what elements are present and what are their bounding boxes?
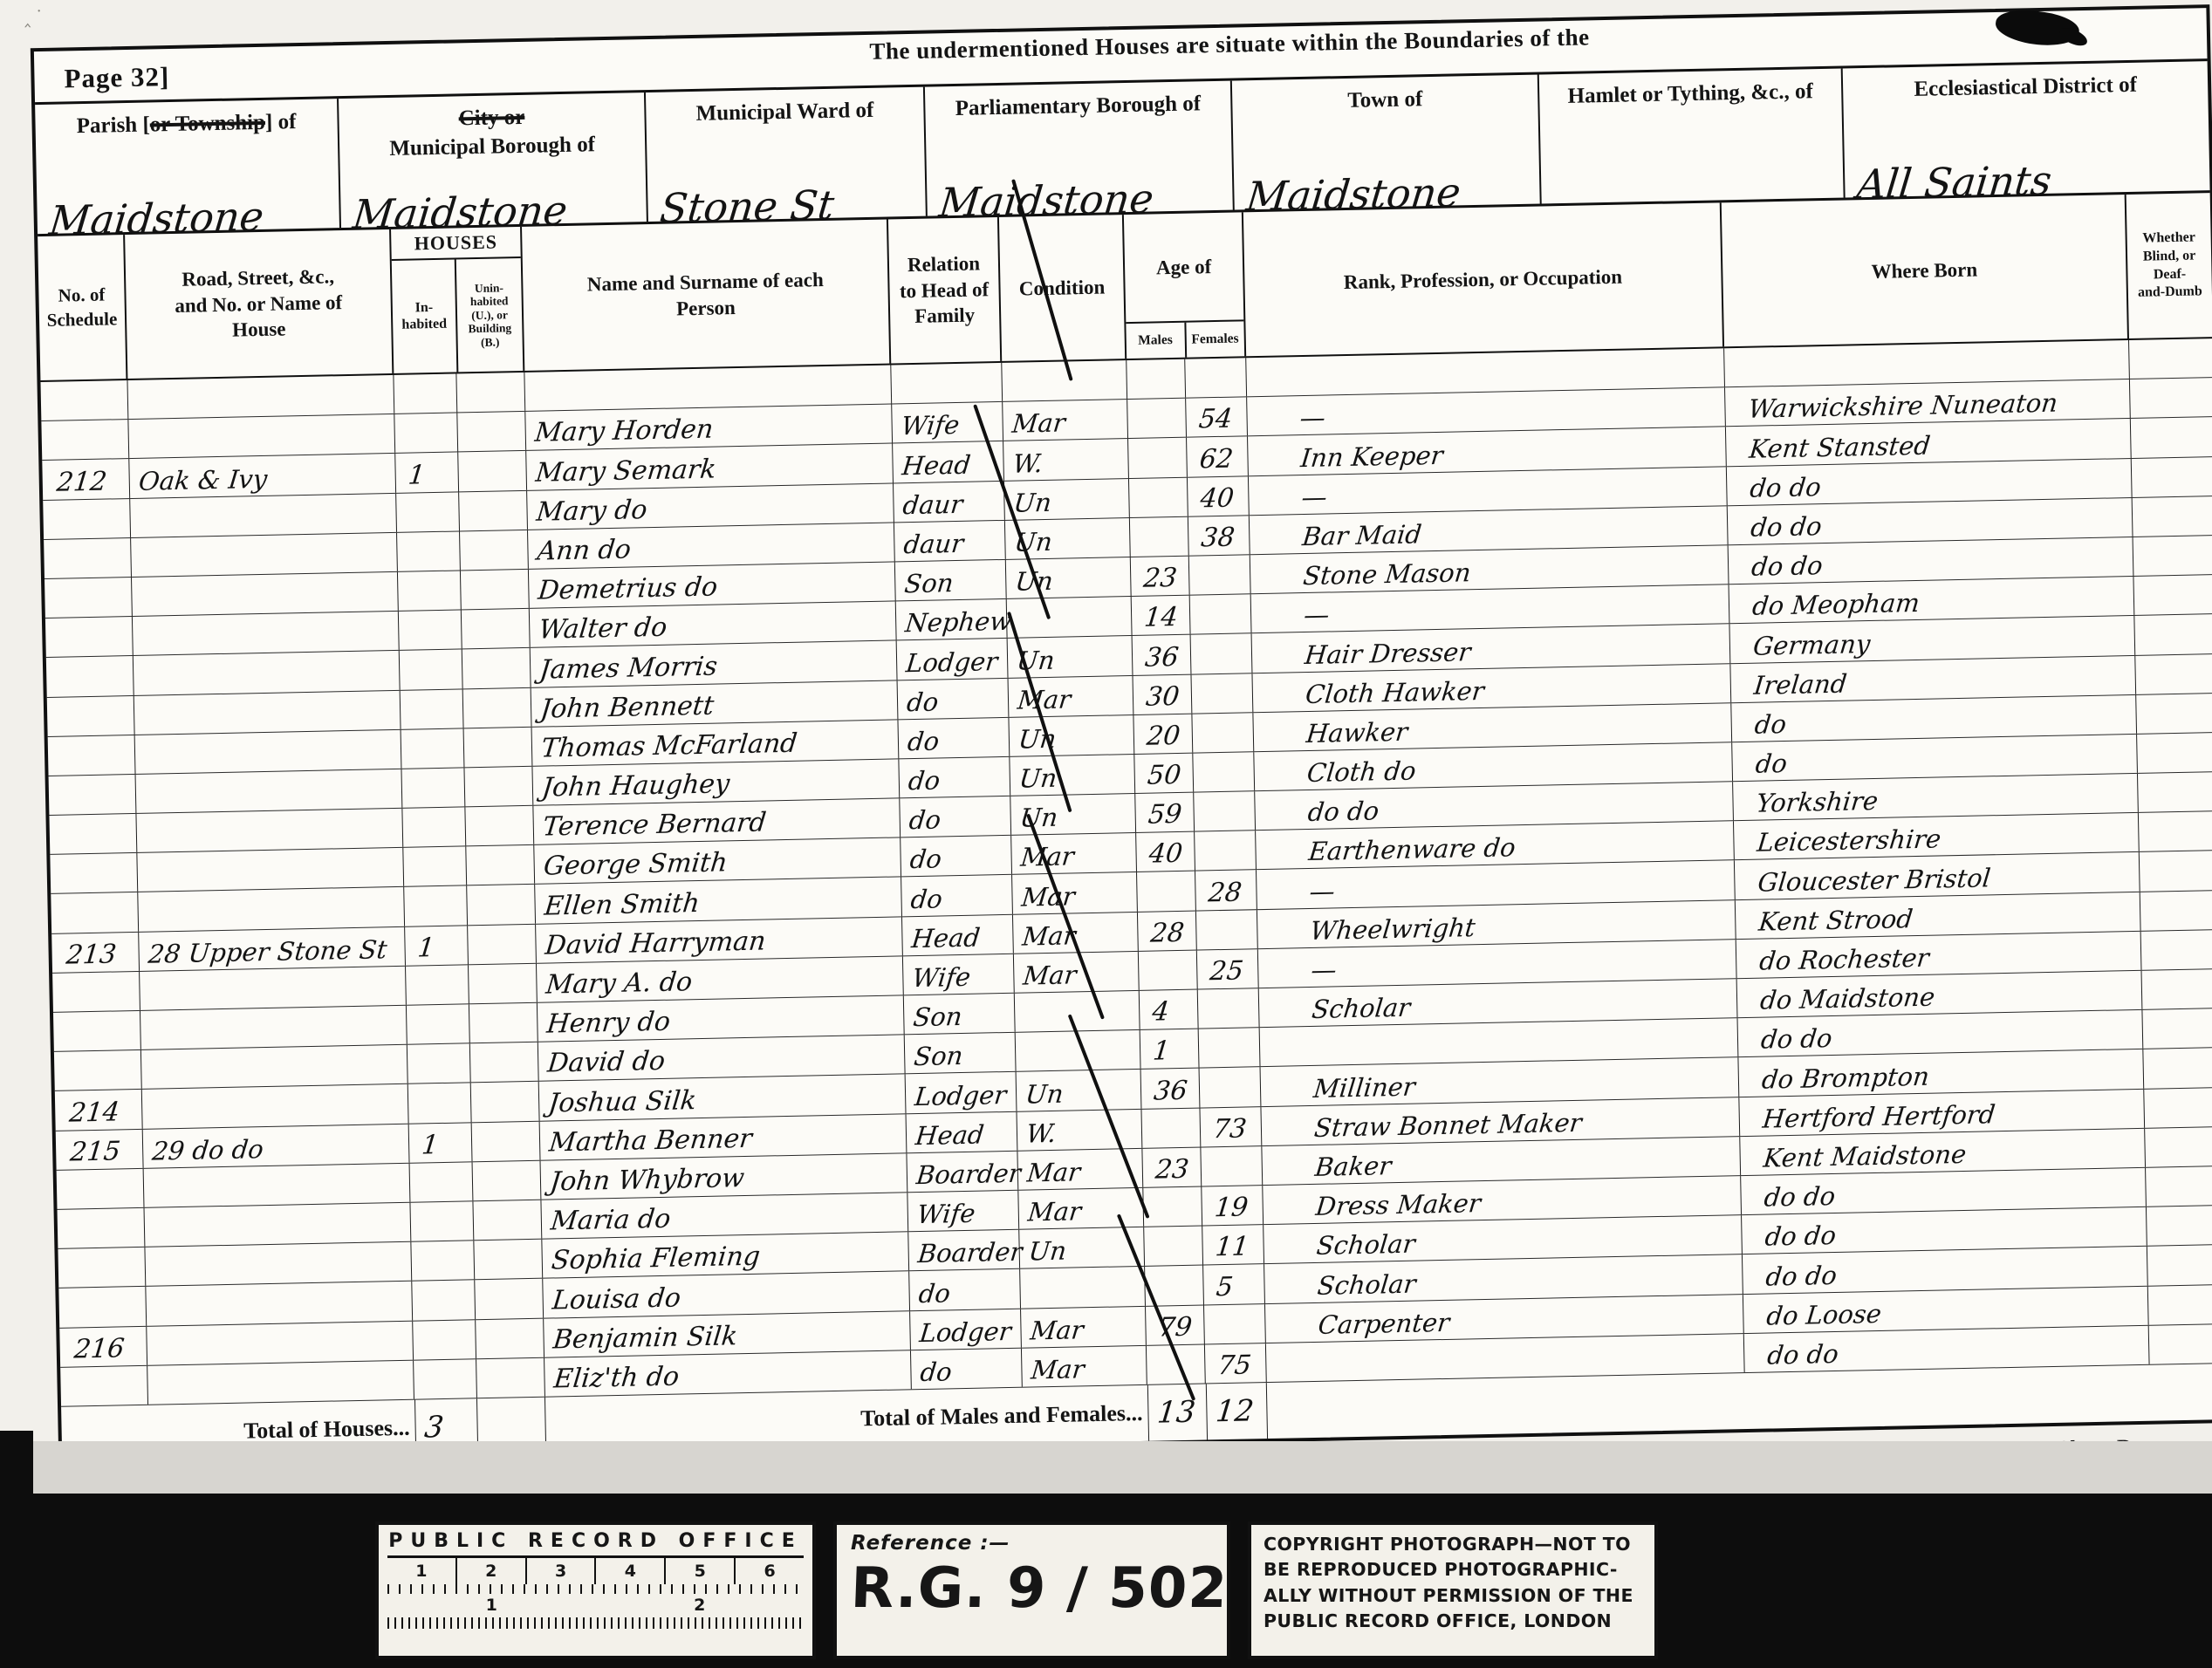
cell-born: Ireland xyxy=(1730,655,2136,701)
cell-blind xyxy=(2130,378,2212,418)
cell-inh xyxy=(408,1084,472,1124)
cell-inh xyxy=(401,768,465,808)
cell-name: Joshua Silk xyxy=(539,1075,907,1121)
cell-relation: do xyxy=(898,678,1010,719)
cell-relation: Lodger xyxy=(897,639,1009,680)
cell-schedule xyxy=(58,1287,147,1327)
cell-born: Kent Maidstone xyxy=(1740,1129,2146,1175)
cell-age_f: 38 xyxy=(1188,516,1250,556)
cell-age_f: 25 xyxy=(1197,949,1259,989)
cell-age_f xyxy=(1191,634,1253,674)
cell-age_m xyxy=(1130,516,1189,557)
cell-schedule xyxy=(54,1050,142,1090)
cell-schedule: 212 xyxy=(42,459,130,499)
cell-road xyxy=(140,967,407,1010)
ruler-ticks-icon xyxy=(387,1584,804,1594)
cell-schedule xyxy=(50,853,138,893)
cell-name: John Whybrow xyxy=(541,1153,908,1200)
col-header-occupation: Rank, Profession, or Occupation xyxy=(1243,202,1724,356)
cell-born: Kent Strood xyxy=(1736,892,2141,938)
col-header-uninhabited: Unin- habited (U.), or Building (B.) xyxy=(456,258,524,372)
cell-uninh xyxy=(459,490,528,530)
cell-schedule xyxy=(44,538,132,578)
cell-uninh xyxy=(462,609,531,649)
cell-condition: Un xyxy=(1010,755,1135,796)
cell-blind xyxy=(2149,1324,2212,1364)
cell-relation: Boarder xyxy=(907,1151,1018,1192)
col-header-inhabited: In- habited xyxy=(392,259,459,373)
ruler-number: 1 xyxy=(387,1596,596,1615)
ruler-ticks-fine-icon xyxy=(387,1617,804,1629)
cell-age_f: 19 xyxy=(1202,1186,1264,1226)
cell-name: Benjamin Silk xyxy=(544,1311,911,1357)
cell-road xyxy=(133,612,400,655)
cell-inh: 1 xyxy=(409,1123,473,1163)
cell-born: do do xyxy=(1728,498,2133,544)
cell-name: James Morris xyxy=(531,641,898,687)
cell-name: Eliz'th do xyxy=(544,1350,912,1397)
cell-age_f xyxy=(1185,358,1247,398)
cell-born: do do xyxy=(1744,1325,2150,1371)
cell-road xyxy=(130,493,397,537)
cell-inh xyxy=(404,886,468,926)
cell-inh xyxy=(400,650,463,690)
cell-born: Hertford Hertford xyxy=(1739,1089,2145,1135)
ruler-lower-numbers: 12 xyxy=(387,1594,804,1617)
cell-age_m: 30 xyxy=(1133,674,1192,714)
geo-label: City orMunicipal Borough of xyxy=(339,92,645,164)
cell-schedule xyxy=(58,1248,146,1288)
cell-born: do do xyxy=(1729,537,2134,584)
pro-copyright-panel: COPYRIGHT PHOTOGRAPH—NOT TOBE REPRODUCED… xyxy=(1248,1521,1658,1659)
cell-relation: do xyxy=(899,757,1010,798)
cell-relation: Son xyxy=(905,1033,1017,1074)
cell-road xyxy=(134,690,401,734)
cell-uninh xyxy=(468,924,537,964)
cell-age_f xyxy=(1189,555,1251,595)
cell-schedule xyxy=(47,695,135,735)
col-header-females: Females xyxy=(1184,321,1244,357)
cell-condition: Mar xyxy=(1009,675,1134,716)
cell-blind xyxy=(2129,338,2212,379)
cell-schedule xyxy=(58,1208,146,1248)
cell-blind xyxy=(2147,1206,2212,1246)
geo-value: Maidstone xyxy=(1244,168,1463,220)
cell-blind xyxy=(2137,733,2212,773)
table-body: Mary HordenWifeMar54—Warwickshire Nuneat… xyxy=(40,338,2212,1407)
cell-name: John Haughey xyxy=(532,759,900,805)
geo-cell: Parish [or Township] ofMaidstone xyxy=(35,99,341,234)
cell-schedule xyxy=(46,656,134,696)
cell-road xyxy=(128,414,395,458)
cell-condition xyxy=(1007,597,1133,638)
cell-relation xyxy=(891,363,1003,404)
cell-name: Sophia Fleming xyxy=(542,1232,909,1278)
cell-inh: 1 xyxy=(405,926,469,966)
col-header-relation: Relation to Head of Family xyxy=(888,217,1002,364)
cell-born: do Rochester xyxy=(1736,932,2142,978)
cell-uninh xyxy=(467,885,536,925)
cell-born: do xyxy=(1731,695,2137,742)
cell-age_f xyxy=(1204,1304,1266,1344)
geo-cell: City orMunicipal Borough ofMaidstone xyxy=(339,92,648,228)
cell-name: Terence Bernard xyxy=(533,798,901,844)
cell-born: do Maidstone xyxy=(1737,971,2143,1017)
geo-value: Maidstone xyxy=(47,193,266,244)
cell-road xyxy=(138,887,405,931)
cell-road xyxy=(141,1045,408,1089)
cell-relation: do xyxy=(909,1269,1021,1310)
cell-relation: daur xyxy=(894,481,1005,522)
cell-age_m: 4 xyxy=(1140,990,1199,1030)
ruler-number: 3 xyxy=(527,1558,597,1584)
cell-blind xyxy=(2147,1245,2212,1285)
cell-relation: do xyxy=(900,796,1011,837)
geo-label: Town of xyxy=(1232,75,1538,119)
houses-subheaders: In- habited Unin- habited (U.), or Build… xyxy=(392,258,524,373)
geo-cell: Ecclesiastical District ofAll Saints xyxy=(1843,61,2210,197)
cell-blind xyxy=(2133,575,2212,615)
cell-born: do do xyxy=(1743,1247,2148,1293)
cell-inh xyxy=(410,1201,474,1241)
cell-uninh xyxy=(462,648,531,688)
cell-relation: do xyxy=(898,718,1010,759)
cell-age_f xyxy=(1196,910,1258,950)
cell-condition: Mar xyxy=(1011,833,1137,874)
cell-uninh xyxy=(464,767,533,807)
cell-schedule: 213 xyxy=(51,933,140,973)
cell-uninh xyxy=(471,1082,540,1122)
cell-inh xyxy=(401,689,464,729)
cell-age_f xyxy=(1201,1146,1263,1186)
cell-schedule xyxy=(41,420,129,460)
cell-age_f: 62 xyxy=(1187,437,1249,477)
copyright-line: COPYRIGHT PHOTOGRAPH—NOT TO xyxy=(1264,1532,1642,1557)
cell-age_m: 23 xyxy=(1131,557,1190,597)
copyright-line: PUBLIC RECORD OFFICE, LONDON xyxy=(1264,1609,1642,1634)
cell-road xyxy=(136,809,403,852)
reference-value: R.G. 9 / 502 xyxy=(850,1556,1215,1621)
cell-born: Gloucester Bristol xyxy=(1735,852,2140,899)
photo-gray-strip xyxy=(0,1441,2212,1495)
cell-blind xyxy=(2135,653,2212,694)
cell-age_f xyxy=(1199,1028,1261,1068)
cell-born: Yorkshire xyxy=(1733,774,2139,820)
cell-age_m: 59 xyxy=(1135,793,1195,833)
cell-schedule: 214 xyxy=(55,1090,143,1130)
cell-name: David Harryman xyxy=(536,917,903,963)
cell-blind xyxy=(2146,1166,2212,1207)
cell-uninh xyxy=(461,570,530,610)
cell-uninh xyxy=(456,373,525,413)
cell-name: John Bennett xyxy=(531,680,899,727)
cell-condition: Un xyxy=(1006,557,1132,598)
cell-blind xyxy=(2138,772,2212,812)
cell-age_m: 36 xyxy=(1141,1069,1201,1109)
col-header-age: Age of Males Females xyxy=(1124,212,1246,359)
total-males-value: 13 xyxy=(1147,1384,1207,1440)
ruler-inches: 123456 xyxy=(387,1558,804,1584)
cell-age_m xyxy=(1137,872,1196,912)
geo-value: Maidstone xyxy=(937,174,1156,226)
cell-blind xyxy=(2141,930,2212,970)
cell-age_m: 23 xyxy=(1142,1147,1202,1187)
cell-born: do Brompton xyxy=(1738,1049,2144,1096)
cell-road xyxy=(146,1282,413,1325)
cell-blind xyxy=(2133,536,2212,576)
cell-blind xyxy=(2133,496,2212,537)
cell-inh xyxy=(411,1241,475,1281)
copyright-text: COPYRIGHT PHOTOGRAPH—NOT TOBE REPRODUCED… xyxy=(1264,1532,1642,1634)
cell-blind xyxy=(2142,1008,2212,1049)
cell-name: Henry do xyxy=(538,995,905,1042)
cell-relation: Wife xyxy=(903,954,1015,995)
cell-schedule xyxy=(51,892,139,933)
cell-name: Mary Semark xyxy=(526,444,894,490)
cell-uninh xyxy=(458,451,527,491)
cell-age_m: 50 xyxy=(1134,753,1194,793)
cell-age_m: 36 xyxy=(1133,635,1192,675)
geo-cell: Parliamentary Borough ofMaidstone xyxy=(925,81,1235,216)
age-subheaders: Males Females xyxy=(1126,319,1244,359)
geo-label: Municipal Ward of xyxy=(646,87,924,130)
cell-age_f: 28 xyxy=(1195,871,1257,911)
cell-schedule xyxy=(45,578,133,618)
cell-road xyxy=(142,1084,409,1128)
cell-blind xyxy=(2131,417,2212,457)
pro-ruler-panel: PUBLIC RECORD OFFICE 123456 12 xyxy=(375,1521,816,1659)
cell-schedule xyxy=(48,735,136,776)
geo-cell: Hamlet or Tything, &c., of xyxy=(1539,69,1846,204)
cell-blind xyxy=(2139,811,2212,851)
cell-age_m xyxy=(1129,477,1188,517)
cell-blind xyxy=(2148,1284,2212,1324)
photo-black-band: PUBLIC RECORD OFFICE 123456 12 Reference… xyxy=(0,1494,2212,1668)
cell-uninh xyxy=(476,1357,545,1398)
cell-age_f xyxy=(1194,791,1256,831)
cell-road xyxy=(136,769,403,813)
col-header-born: Where Born xyxy=(1722,195,2129,346)
ruler-number: 6 xyxy=(736,1558,804,1584)
cell-road xyxy=(131,533,398,577)
cell-age_f: 73 xyxy=(1200,1107,1262,1147)
col-header-males: Males xyxy=(1126,323,1184,359)
cell-age_m: 1 xyxy=(1140,1029,1200,1070)
reference-label: Reference :— xyxy=(851,1532,1213,1555)
cell-uninh xyxy=(469,964,538,1004)
cell-relation: daur xyxy=(894,521,1006,562)
cell-uninh xyxy=(470,1042,539,1083)
cell-inh xyxy=(402,807,466,847)
cell-road xyxy=(144,1163,411,1207)
cell-age_m xyxy=(1127,399,1187,439)
cell-uninh xyxy=(473,1160,542,1200)
cell-schedule xyxy=(60,1365,148,1405)
cell-age_f: 40 xyxy=(1188,476,1250,516)
cell-born: Kent Stansted xyxy=(1726,419,2132,465)
cell-road xyxy=(135,730,402,774)
cell-schedule xyxy=(45,617,134,657)
cell-road: Oak & Ivy xyxy=(129,454,396,497)
cell-born: do do xyxy=(1738,1010,2144,1056)
cell-schedule xyxy=(49,775,137,815)
copyright-line: ALLY WITHOUT PERMISSION OF THE xyxy=(1264,1583,1642,1609)
cell-inh xyxy=(414,1359,477,1399)
cell-blind xyxy=(2145,1127,2212,1167)
cell-schedule xyxy=(57,1169,145,1209)
cell-road: 28 Upper Stone St xyxy=(139,926,406,970)
cell-schedule xyxy=(49,814,137,854)
cell-age_m xyxy=(1147,1344,1206,1384)
cell-uninh xyxy=(475,1279,544,1319)
cell-born: do do xyxy=(1727,459,2133,505)
cell-age_f xyxy=(1195,831,1257,871)
cell-age_f xyxy=(1193,752,1255,792)
geo-label: Parish [or Township] of xyxy=(35,99,338,141)
cell-schedule xyxy=(52,972,140,1012)
cell-age_m: 14 xyxy=(1132,596,1191,636)
cell-born: Germany xyxy=(1729,616,2135,662)
cell-born: Warwickshire Nuneaton xyxy=(1725,379,2131,426)
cell-age_m: 20 xyxy=(1133,714,1193,754)
cell-uninh xyxy=(457,412,526,452)
cell-inh: 1 xyxy=(395,453,459,493)
cell-name: Mary A. do xyxy=(537,956,904,1002)
cell-uninh xyxy=(472,1121,541,1161)
pro-reference-panel: Reference :— R.G. 9 / 502 xyxy=(833,1521,1230,1659)
cell-inh xyxy=(407,1044,471,1084)
geo-label: Ecclesiastical District of xyxy=(1843,61,2209,106)
cell-inh xyxy=(394,414,458,454)
cell-age_f xyxy=(1192,713,1254,753)
cell-age_m xyxy=(1128,438,1188,478)
cell-road xyxy=(137,848,404,892)
cell-inh xyxy=(396,492,460,532)
cell-road xyxy=(145,1203,412,1247)
geo-cell: Municipal Ward ofStone St xyxy=(646,87,928,222)
cell-name xyxy=(524,365,892,411)
cell-relation: Head xyxy=(907,1111,1018,1152)
cell-uninh xyxy=(474,1240,543,1280)
cell-age_f xyxy=(1191,673,1253,714)
cell-uninh xyxy=(465,806,534,846)
cell-uninh xyxy=(473,1200,542,1241)
cell-inh xyxy=(413,1320,476,1360)
cell-condition: W. xyxy=(1017,1109,1142,1150)
cell-name: George Smith xyxy=(534,838,901,885)
geo-cell: Town ofMaidstone xyxy=(1232,75,1542,210)
cell-age_f: 54 xyxy=(1186,397,1248,437)
cell-age_f xyxy=(1190,594,1252,634)
cell-age_m: 28 xyxy=(1138,911,1197,951)
cell-inh xyxy=(397,531,461,571)
cell-condition: Un xyxy=(1017,1070,1142,1111)
cell-name: Walter do xyxy=(530,602,897,648)
cell-born: Leicestershire xyxy=(1734,813,2140,859)
geo-value: All Saints xyxy=(1855,157,2054,208)
cell-born: do Meopham xyxy=(1729,577,2135,623)
cell-blind xyxy=(2136,694,2212,734)
cell-road xyxy=(140,1006,407,1049)
cell-born: do xyxy=(1732,735,2138,781)
cell-inh xyxy=(410,1162,474,1202)
cell-name: Mary Horden xyxy=(525,405,893,451)
col-header-name: Name and Surname of each Person xyxy=(522,220,891,371)
pro-title: PUBLIC RECORD OFFICE xyxy=(387,1530,804,1552)
photo-smudge: ‸ ˙ xyxy=(24,5,77,28)
cell-blind xyxy=(2134,614,2212,654)
cell-road xyxy=(147,1360,414,1404)
cell-relation: do xyxy=(901,836,1012,877)
cell-condition: Mar xyxy=(1003,400,1128,441)
geo-label: Hamlet or Tything, &c., of xyxy=(1539,69,1842,112)
cell-blind xyxy=(2142,969,2212,1009)
cell-uninh xyxy=(466,845,535,885)
page-number: Page 32] xyxy=(34,47,253,102)
pro-stamp-box: PUBLIC RECORD OFFICE 123456 12 Reference… xyxy=(375,1521,1658,1659)
cell-age_f: 75 xyxy=(1205,1343,1267,1384)
ruler-number: 4 xyxy=(596,1558,666,1584)
cell-relation: Lodger xyxy=(910,1309,1022,1350)
cell-born: do do xyxy=(1741,1168,2147,1214)
cell-condition: Mar xyxy=(1014,952,1140,993)
cell-name: David do xyxy=(538,1036,906,1082)
cell-road xyxy=(132,572,399,616)
cell-inh xyxy=(398,571,462,611)
cell-age_m: 79 xyxy=(1146,1305,1205,1345)
cell-road xyxy=(147,1321,414,1364)
cell-schedule xyxy=(40,380,128,420)
cell-age_m xyxy=(1141,1108,1201,1148)
cell-schedule xyxy=(53,1011,141,1051)
cell-inh xyxy=(394,373,457,414)
cell-relation: do xyxy=(911,1348,1023,1389)
cell-schedule: 215 xyxy=(56,1129,144,1169)
cell-blind xyxy=(2143,1048,2212,1088)
cell-blind xyxy=(2132,457,2212,497)
cell-born: do Loose xyxy=(1743,1286,2149,1332)
cell-name: Louisa do xyxy=(543,1272,910,1318)
cell-relation: Head xyxy=(902,914,1014,955)
census-sheet: Page 32] The undermentioned Houses are s… xyxy=(31,4,2212,1466)
cell-inh xyxy=(407,1004,470,1044)
cell-age_m xyxy=(1144,1227,1203,1267)
col-header-schedule: No. of Schedule xyxy=(38,235,127,380)
cell-road: 29 do do xyxy=(143,1124,410,1167)
cell-uninh xyxy=(464,728,533,768)
cell-name: Martha Benner xyxy=(540,1114,907,1160)
cell-condition: Mar xyxy=(1012,872,1138,913)
cell-schedule: 216 xyxy=(59,1326,147,1366)
cell-born: do do xyxy=(1742,1207,2147,1254)
cell-uninh xyxy=(460,530,529,571)
cell-relation: Boarder xyxy=(908,1230,1020,1271)
cell-name: Ann do xyxy=(528,523,895,569)
cell-age_f xyxy=(1200,1068,1262,1108)
cell-condition: Mar xyxy=(1021,1306,1147,1347)
cell-blind xyxy=(2140,891,2212,931)
cell-road xyxy=(145,1242,412,1286)
cell-name: Thomas McFarland xyxy=(532,720,900,766)
cell-condition: Mar xyxy=(1022,1346,1147,1387)
cell-schedule xyxy=(43,499,131,539)
cell-uninh xyxy=(476,1318,544,1358)
cell-condition xyxy=(1015,991,1140,1032)
cell-condition: Un xyxy=(1004,479,1130,520)
cell-relation: Son xyxy=(904,994,1016,1035)
cell-inh xyxy=(406,965,469,1005)
ruler-number: 5 xyxy=(666,1558,736,1584)
